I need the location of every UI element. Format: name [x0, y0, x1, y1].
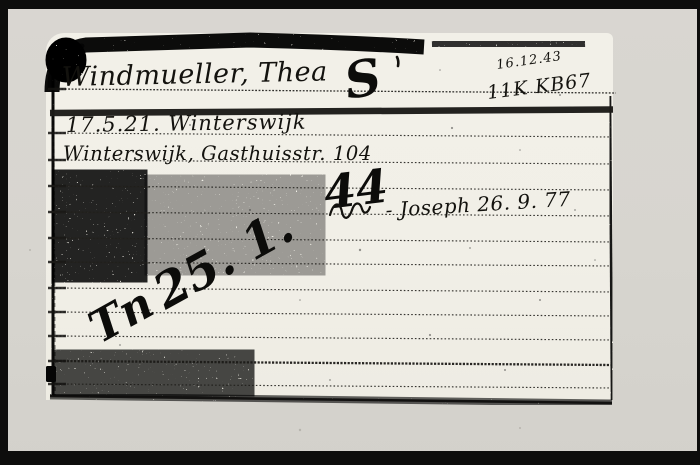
card-bottom-edge-smudge	[50, 396, 612, 403]
annotation-joseph: - Joseph 26. 9. 77	[385, 187, 571, 222]
toner-cloud-bottomleft	[54, 350, 254, 396]
ruled-line	[56, 336, 611, 340]
category-letter: S	[340, 46, 386, 110]
index-card-artwork: Windmueller, Thea S 16.12.43 11K KB67 17…	[0, 0, 700, 465]
name-field: Windmueller, Thea	[61, 56, 327, 93]
scanned-photo: Windmueller, Thea S 16.12.43 11K KB67 17…	[0, 0, 700, 465]
scribble-dot	[371, 199, 374, 202]
card-right-edge	[610, 96, 612, 400]
category-letter-tick	[397, 57, 398, 66]
left-margin-mark	[46, 366, 56, 382]
code-annotation: 11K KB67	[486, 69, 593, 104]
toner-band-top-right	[432, 42, 585, 46]
date-annotation: 16.12.43	[495, 49, 562, 73]
address-line: Winterswijk, Gasthuisstr. 104	[63, 142, 372, 165]
birth-place-line: 17.5.21. Winterswijk	[66, 110, 307, 137]
